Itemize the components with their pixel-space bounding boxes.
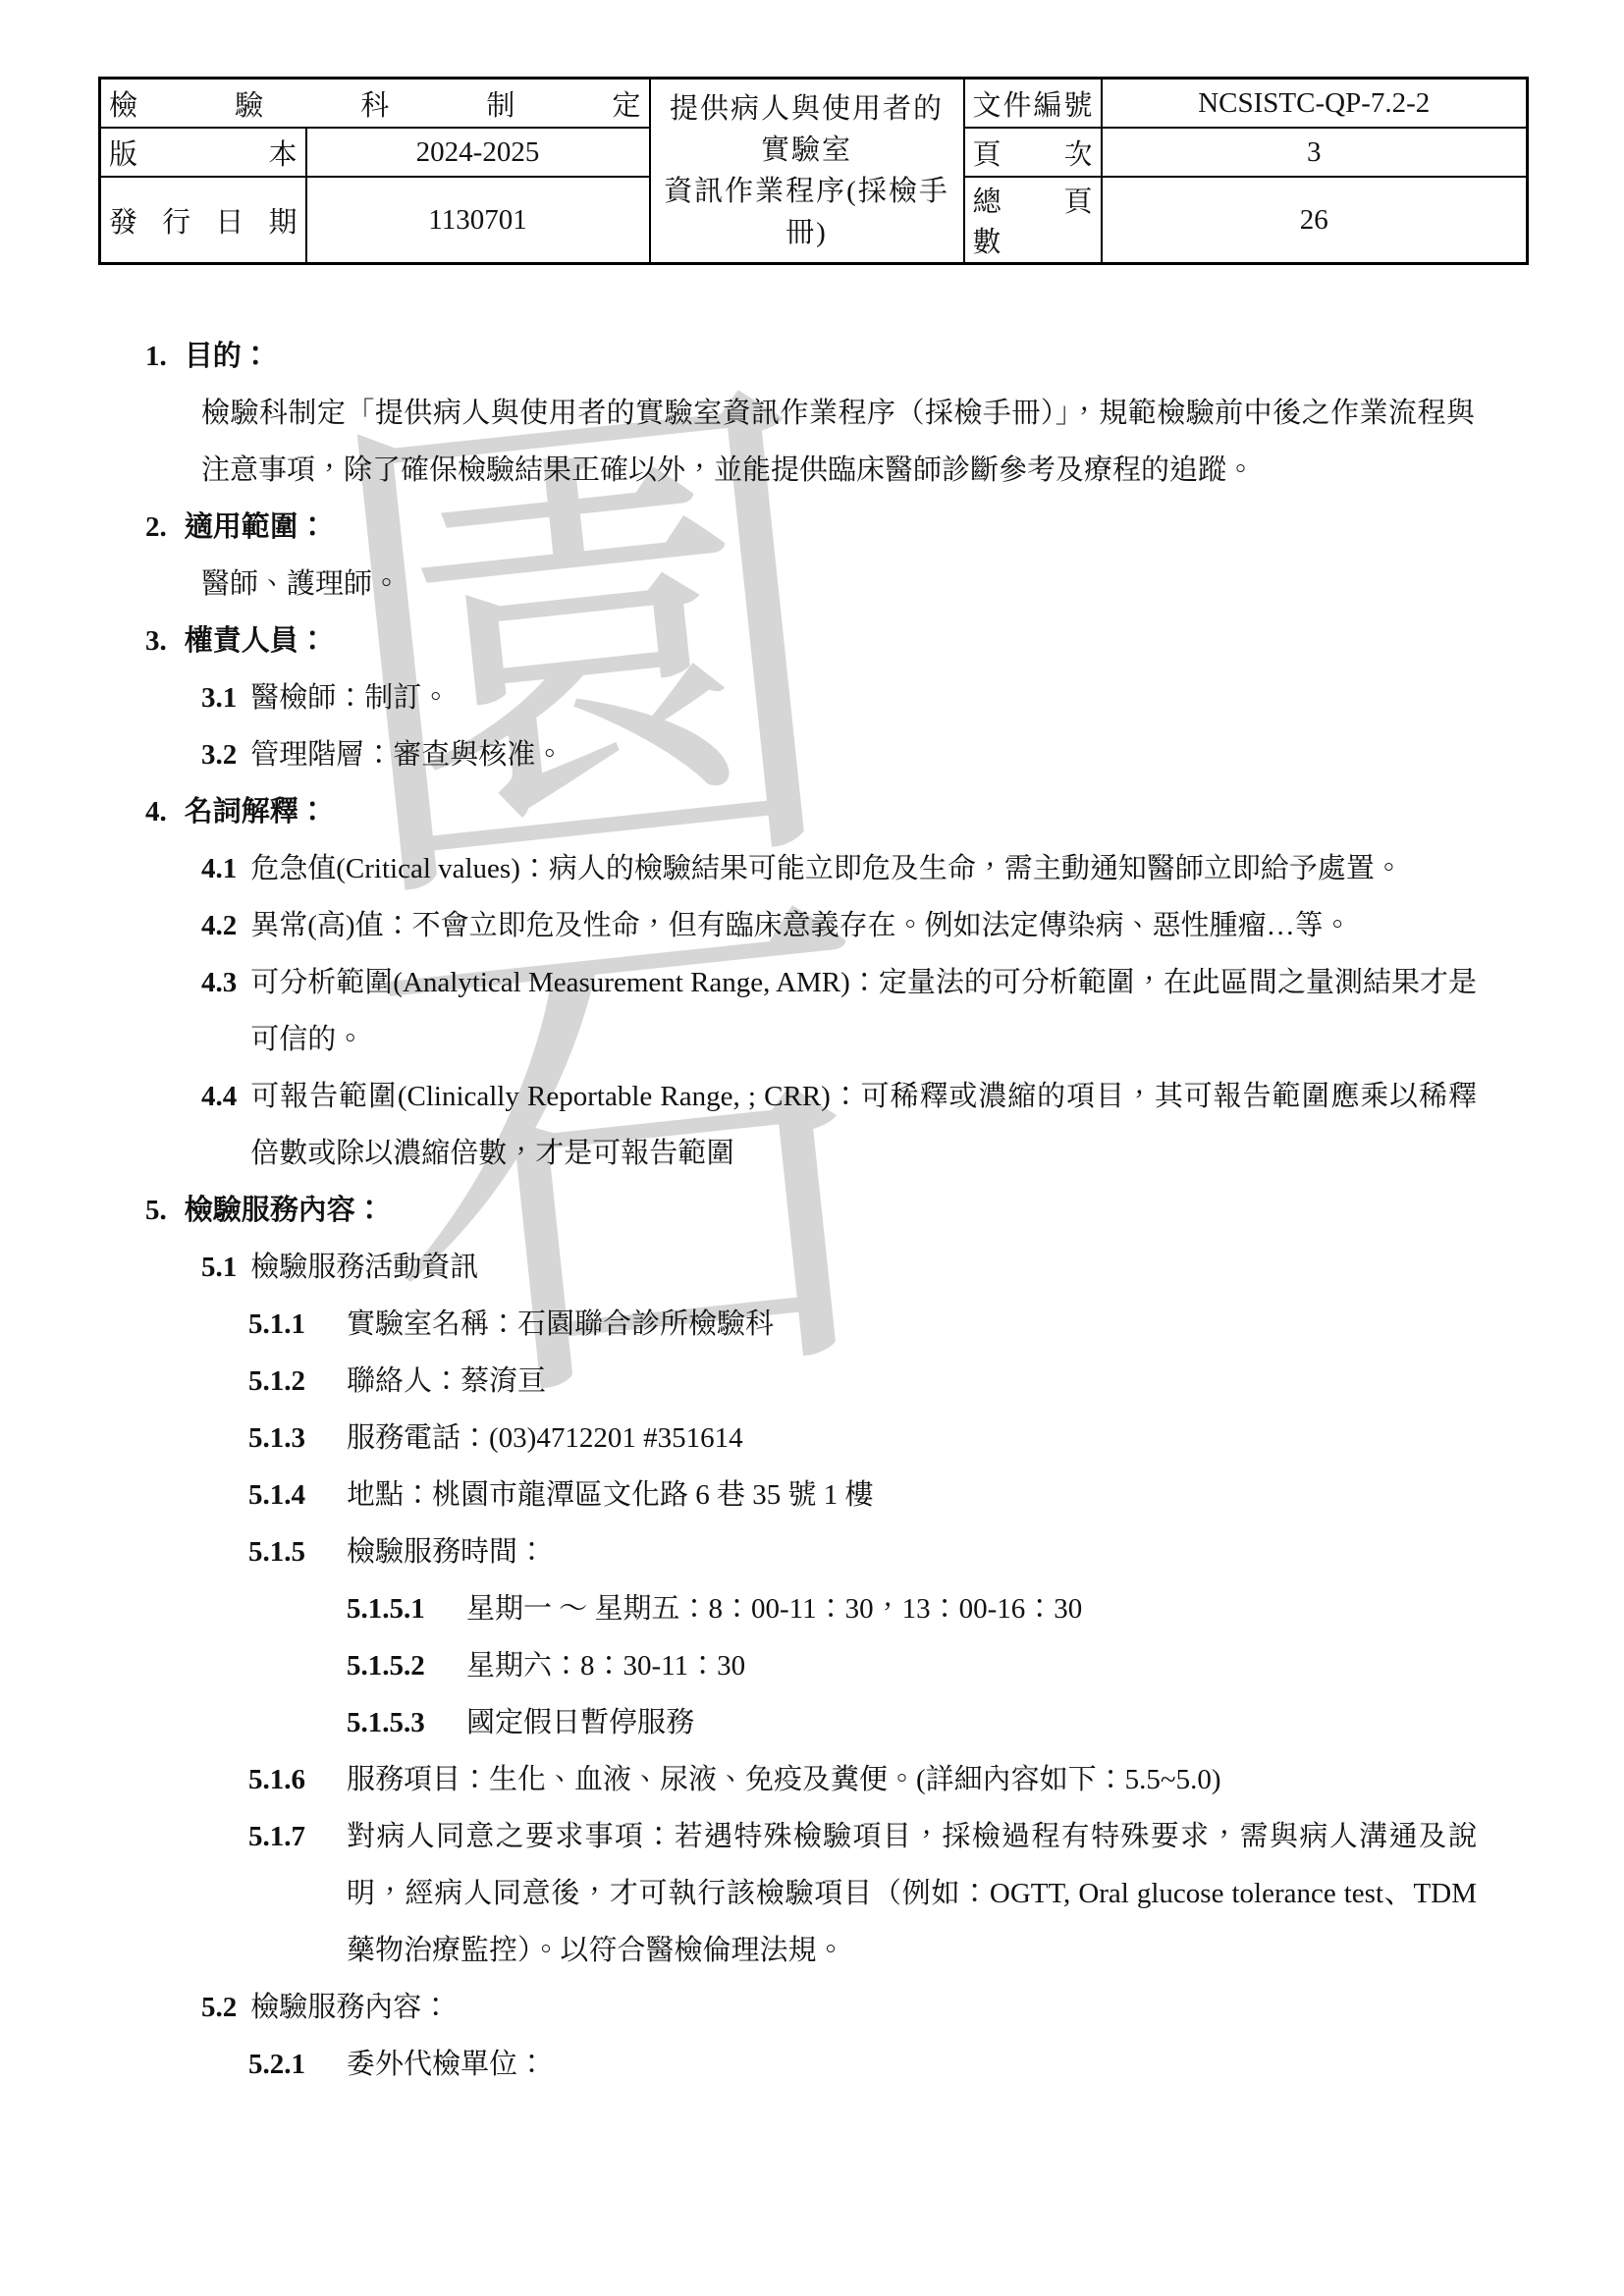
issue-date-label: 發行日期 — [100, 177, 306, 264]
item-number: 5.2 — [201, 1979, 237, 2036]
outline-item-5-1: 5.1檢驗服務活動資訊 — [0, 1239, 1624, 1296]
item-text: 服務項目：生化、血液、尿液、免疫及糞便。(詳細內容如下：5.5~5.0) — [347, 1751, 1477, 1808]
doc-no-label: 文件編號 — [964, 79, 1102, 129]
item-number: 4.4 — [201, 1068, 237, 1125]
outline-item-5-1-1: 5.1.1實驗室名稱：石園聯合診所檢驗科 — [0, 1296, 1624, 1353]
outline-item-5-2: 5.2檢驗服務內容： — [0, 1979, 1624, 2036]
outline-item-5-1-5-1: 5.1.5.1星期一 ～ 星期五：8：00-11：30，13：00-16：30 — [0, 1580, 1624, 1637]
item-text: 星期六：8：30-11：30 — [466, 1637, 1477, 1694]
item-number: 4.2 — [201, 897, 237, 954]
document-title-line1: 提供病人與使用者的實驗室 — [659, 88, 955, 171]
item-number: 5. — [145, 1182, 167, 1239]
section-heading-purpose: 1.目的： — [0, 328, 1624, 385]
item-text: 目的： — [185, 328, 1477, 385]
header-table: 檢 驗 科 制 定 提供病人與使用者的實驗室 資訊作業程序(採檢手冊) 文件編號… — [98, 77, 1529, 265]
item-text: 檢驗服務時間： — [347, 1523, 1477, 1580]
item-number: 3.1 — [201, 669, 237, 726]
item-number: 4.3 — [201, 954, 237, 1011]
item-text: 聯絡人：蔡淯亘 — [347, 1353, 1477, 1410]
item-number: 5.1.5 — [248, 1523, 347, 1580]
section-heading-responsibility: 3.權責人員： — [0, 613, 1624, 669]
total-pages-value: 26 — [1102, 177, 1528, 264]
item-text: 檢驗服務內容： — [250, 1979, 1477, 2036]
item-number: 5.1.5.2 — [347, 1637, 466, 1694]
outline-item-4-1: 4.1危急值(Critical values)：病人的檢驗結果可能立即危及生命，… — [0, 840, 1624, 897]
item-text: 權責人員： — [185, 613, 1477, 669]
item-number: 5.2.1 — [248, 2036, 347, 2093]
item-text: 實驗室名稱：石園聯合診所檢驗科 — [347, 1296, 1477, 1353]
outline-item-3-2: 3.2管理階層：審查與核准。 — [0, 726, 1624, 783]
scope-paragraph: 醫師、護理師。 — [0, 556, 1624, 613]
item-text: 適用範圍： — [185, 499, 1477, 556]
item-text: 檢驗服務內容： — [185, 1182, 1477, 1239]
section-heading-services: 5.檢驗服務內容： — [0, 1182, 1624, 1239]
outline-item-4-2: 4.2異常(高)值：不會立即危及性命，但有臨床意義存在。例如法定傳染病、惡性腫瘤… — [0, 897, 1624, 954]
document-page: 園 石 檢 驗 科 制 定 提供病人與使用者的實驗室 資訊作業程序(採檢手冊) … — [0, 0, 1624, 2296]
item-text: 服務電話：(03)4712201 #351614 — [347, 1410, 1477, 1467]
outline-item-4-4: 4.4可報告範圍(Clinically Reportable Range, ; … — [0, 1068, 1624, 1182]
item-number: 5.1 — [201, 1239, 237, 1296]
outline-item-5-2-1: 5.2.1委外代檢單位： — [0, 2036, 1624, 2093]
document-body: 1.目的： 檢驗科制定「提供病人與使用者的實驗室資訊作業程序（採檢手冊）」，規範… — [0, 328, 1624, 2093]
item-text: 管理階層：審查與核准。 — [250, 726, 1477, 783]
item-number: 4.1 — [201, 840, 237, 897]
page-number-value: 3 — [1102, 128, 1528, 177]
outline-item-5-1-5-2: 5.1.5.2星期六：8：30-11：30 — [0, 1637, 1624, 1694]
item-number: 2. — [145, 499, 167, 556]
section-heading-scope: 2.適用範圍： — [0, 499, 1624, 556]
item-number: 3. — [145, 613, 167, 669]
item-text: 可報告範圍(Clinically Reportable Range, ; CRR… — [250, 1068, 1477, 1182]
version-value: 2024-2025 — [306, 128, 650, 177]
doc-no-value: NCSISTC-QP-7.2-2 — [1102, 79, 1528, 129]
section-heading-definitions: 4.名詞解釋： — [0, 783, 1624, 840]
item-number: 4. — [145, 783, 167, 840]
item-number: 5.1.5.3 — [347, 1694, 466, 1751]
item-number: 5.1.2 — [248, 1353, 347, 1410]
item-number: 5.1.3 — [248, 1410, 347, 1467]
item-number: 5.1.6 — [248, 1751, 347, 1808]
outline-item-5-1-6: 5.1.6服務項目：生化、血液、尿液、免疫及糞便。(詳細內容如下：5.5~5.0… — [0, 1751, 1624, 1808]
total-pages-label: 總 頁 數 — [964, 177, 1102, 264]
outline-item-5-1-4: 5.1.4地點：桃園市龍潭區文化路 6 巷 35 號 1 樓 — [0, 1467, 1624, 1523]
item-text: 地點：桃園市龍潭區文化路 6 巷 35 號 1 樓 — [347, 1467, 1477, 1523]
purpose-paragraph: 檢驗科制定「提供病人與使用者的實驗室資訊作業程序（採檢手冊）」，規範檢驗前中後之… — [0, 385, 1624, 499]
item-text: 異常(高)值：不會立即危及性命，但有臨床意義存在。例如法定傳染病、惡性腫瘤…等。 — [250, 897, 1477, 954]
issuing-dept-cell: 檢 驗 科 制 定 — [100, 79, 650, 129]
outline-item-5-1-5-3: 5.1.5.3國定假日暫停服務 — [0, 1694, 1624, 1751]
item-number: 5.1.7 — [248, 1808, 347, 1865]
item-text: 委外代檢單位： — [347, 2036, 1477, 2093]
item-text: 名詞解釋： — [185, 783, 1477, 840]
item-text: 國定假日暫停服務 — [466, 1694, 1477, 1751]
item-text: 可分析範圍(Analytical Measurement Range, AMR)… — [250, 954, 1477, 1068]
item-number: 5.1.4 — [248, 1467, 347, 1523]
page-label: 頁 次 — [964, 128, 1102, 177]
item-text: 檢驗服務活動資訊 — [250, 1239, 1477, 1296]
item-text: 對病人同意之要求事項：若遇特殊檢驗項目，採檢過程有特殊要求，需與病人溝通及說明，… — [347, 1808, 1477, 1979]
version-label: 版 本 — [100, 128, 306, 177]
item-number: 3.2 — [201, 726, 237, 783]
item-text: 星期一 ～ 星期五：8：00-11：30，13：00-16：30 — [466, 1580, 1477, 1637]
outline-item-4-3: 4.3可分析範圍(Analytical Measurement Range, A… — [0, 954, 1624, 1068]
item-text: 危急值(Critical values)：病人的檢驗結果可能立即危及生命，需主動… — [250, 840, 1477, 897]
item-text: 醫檢師：制訂。 — [250, 669, 1477, 726]
outline-item-5-1-2: 5.1.2聯絡人：蔡淯亘 — [0, 1353, 1624, 1410]
item-number: 5.1.5.1 — [347, 1580, 466, 1637]
item-number: 5.1.1 — [248, 1296, 347, 1353]
document-title-line2: 資訊作業程序(採檢手冊) — [659, 171, 955, 253]
outline-item-5-1-7: 5.1.7對病人同意之要求事項：若遇特殊檢驗項目，採檢過程有特殊要求，需與病人溝… — [0, 1808, 1624, 1979]
outline-item-3-1: 3.1醫檢師：制訂。 — [0, 669, 1624, 726]
issue-date-value: 1130701 — [306, 177, 650, 264]
item-number: 1. — [145, 328, 167, 385]
document-title-cell: 提供病人與使用者的實驗室 資訊作業程序(採檢手冊) — [650, 79, 964, 264]
outline-item-5-1-3: 5.1.3服務電話：(03)4712201 #351614 — [0, 1410, 1624, 1467]
outline-item-5-1-5: 5.1.5檢驗服務時間： — [0, 1523, 1624, 1580]
